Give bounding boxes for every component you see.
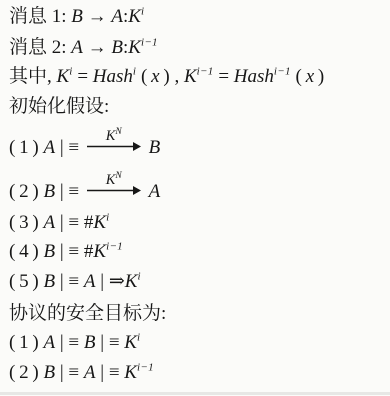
assumption-4: ( 4 ) B | ≡ #Ki−1 bbox=[9, 239, 123, 265]
math-variable: B bbox=[71, 6, 83, 27]
math-variable: B bbox=[44, 362, 56, 383]
math-operator: ( 1 ) bbox=[9, 332, 44, 353]
math-variable: A bbox=[44, 137, 56, 158]
math-variable: K bbox=[93, 241, 106, 262]
where-definitions: 其中, Ki = Hashi ( x ) , Ki−1 = Hashi−1 ( … bbox=[9, 64, 324, 90]
text-run: 消息 1: bbox=[9, 6, 71, 27]
math-superscript: i bbox=[141, 6, 144, 18]
text-run: 协议的安全目标为: bbox=[9, 303, 166, 324]
assumption-2: ( 2 ) B | ≡ KN A bbox=[9, 179, 160, 205]
math-variable: A bbox=[149, 181, 161, 202]
assumption-5: ( 5 ) B | ≡ A | ⇒Ki bbox=[9, 269, 141, 295]
message-1: 消息 1: B → A:Ki bbox=[9, 4, 144, 30]
math-operator: ( 1 ) bbox=[9, 137, 44, 158]
math-variable: K bbox=[106, 128, 116, 144]
math-variable: K bbox=[106, 172, 116, 188]
math-operator: | ≡ bbox=[96, 362, 125, 383]
math-operator: | ≡ # bbox=[55, 241, 93, 262]
assumption-1: ( 1 ) A | ≡ KN B bbox=[9, 135, 160, 161]
math-variable: K bbox=[128, 37, 141, 58]
text-run: 消息 2: bbox=[9, 37, 71, 58]
math-operator: → bbox=[83, 6, 112, 27]
math-variable: K bbox=[57, 66, 70, 87]
math-superscript: i−1 bbox=[197, 66, 214, 78]
math-operator: | ⇒ bbox=[96, 271, 125, 292]
math-variable: A bbox=[111, 6, 123, 27]
math-variable: Hash bbox=[93, 66, 133, 87]
math-superscript: i−1 bbox=[137, 362, 154, 374]
math-variable: A bbox=[84, 362, 96, 383]
text-run: 其中, bbox=[9, 66, 57, 87]
math-variable: B bbox=[44, 241, 56, 262]
math-variable: K bbox=[93, 212, 106, 233]
math-variable: K bbox=[124, 362, 137, 383]
goal-1: ( 1 ) A | ≡ B | ≡ Ki bbox=[9, 330, 140, 356]
math-variable: B bbox=[111, 37, 123, 58]
init-assumptions-heading: 初始化假设: bbox=[9, 94, 109, 120]
math-variable: B bbox=[84, 332, 96, 353]
math-variable: B bbox=[44, 271, 56, 292]
math-superscript: i bbox=[106, 212, 109, 224]
math-operator: ( 5 ) bbox=[9, 271, 44, 292]
math-superscript: N bbox=[115, 171, 122, 181]
math-variable: A bbox=[44, 332, 56, 353]
math-operator: ( 2 ) bbox=[9, 362, 44, 383]
math-variable: K bbox=[125, 271, 138, 292]
math-superscript: i bbox=[137, 332, 140, 344]
math-superscript: i−1 bbox=[106, 241, 123, 253]
math-variable: K bbox=[124, 332, 137, 353]
assumption-3: ( 3 ) A | ≡ #Ki bbox=[9, 210, 109, 236]
math-operator: ( bbox=[291, 66, 306, 87]
document-body: 消息 1: B → A:Ki消息 2: A → B:Ki−1其中, Ki = H… bbox=[0, 0, 390, 396]
math-operator: | ≡ # bbox=[55, 212, 93, 233]
math-operator: | ≡ bbox=[55, 271, 84, 292]
math-operator: | ≡ bbox=[55, 137, 84, 158]
math-superscript: N bbox=[115, 127, 122, 137]
key-label: KN bbox=[106, 129, 122, 144]
math-variable: B bbox=[149, 137, 161, 158]
math-variable: A bbox=[71, 37, 83, 58]
math-operator: ( 2 ) bbox=[9, 181, 44, 202]
text-run: 初始化假设: bbox=[9, 96, 109, 117]
shared-key-arrow: KN bbox=[86, 185, 142, 198]
math-variable: Hash bbox=[234, 66, 274, 87]
scan-edge-artifact bbox=[0, 392, 390, 395]
math-operator: | ≡ bbox=[55, 332, 84, 353]
shared-key-arrow: KN bbox=[86, 141, 142, 154]
math-operator: = bbox=[214, 66, 234, 87]
math-operator: = bbox=[73, 66, 93, 87]
math-variable: x bbox=[306, 66, 314, 87]
math-superscript: i bbox=[137, 271, 140, 283]
goal-2: ( 2 ) B | ≡ A | ≡ Ki−1 bbox=[9, 360, 154, 386]
math-variable: x bbox=[151, 66, 159, 87]
math-variable: K bbox=[184, 66, 197, 87]
math-operator: → bbox=[83, 37, 112, 58]
math-operator: | ≡ bbox=[55, 181, 84, 202]
math-variable: A bbox=[84, 271, 96, 292]
math-variable: B bbox=[44, 181, 56, 202]
math-operator: ) bbox=[314, 66, 324, 87]
math-superscript: i−1 bbox=[274, 66, 291, 78]
math-variable: K bbox=[128, 6, 141, 27]
math-operator: ) , bbox=[160, 66, 184, 87]
math-operator: | ≡ bbox=[55, 362, 84, 383]
security-goals-heading: 协议的安全目标为: bbox=[9, 301, 166, 327]
math-operator: ( bbox=[136, 66, 151, 87]
math-variable: A bbox=[44, 212, 56, 233]
math-operator: | ≡ bbox=[96, 332, 125, 353]
math-operator: ( 4 ) bbox=[9, 241, 44, 262]
math-operator: ( 3 ) bbox=[9, 212, 44, 233]
math-superscript: i−1 bbox=[141, 37, 158, 49]
key-label: KN bbox=[106, 173, 122, 188]
message-2: 消息 2: A → B:Ki−1 bbox=[9, 35, 158, 61]
